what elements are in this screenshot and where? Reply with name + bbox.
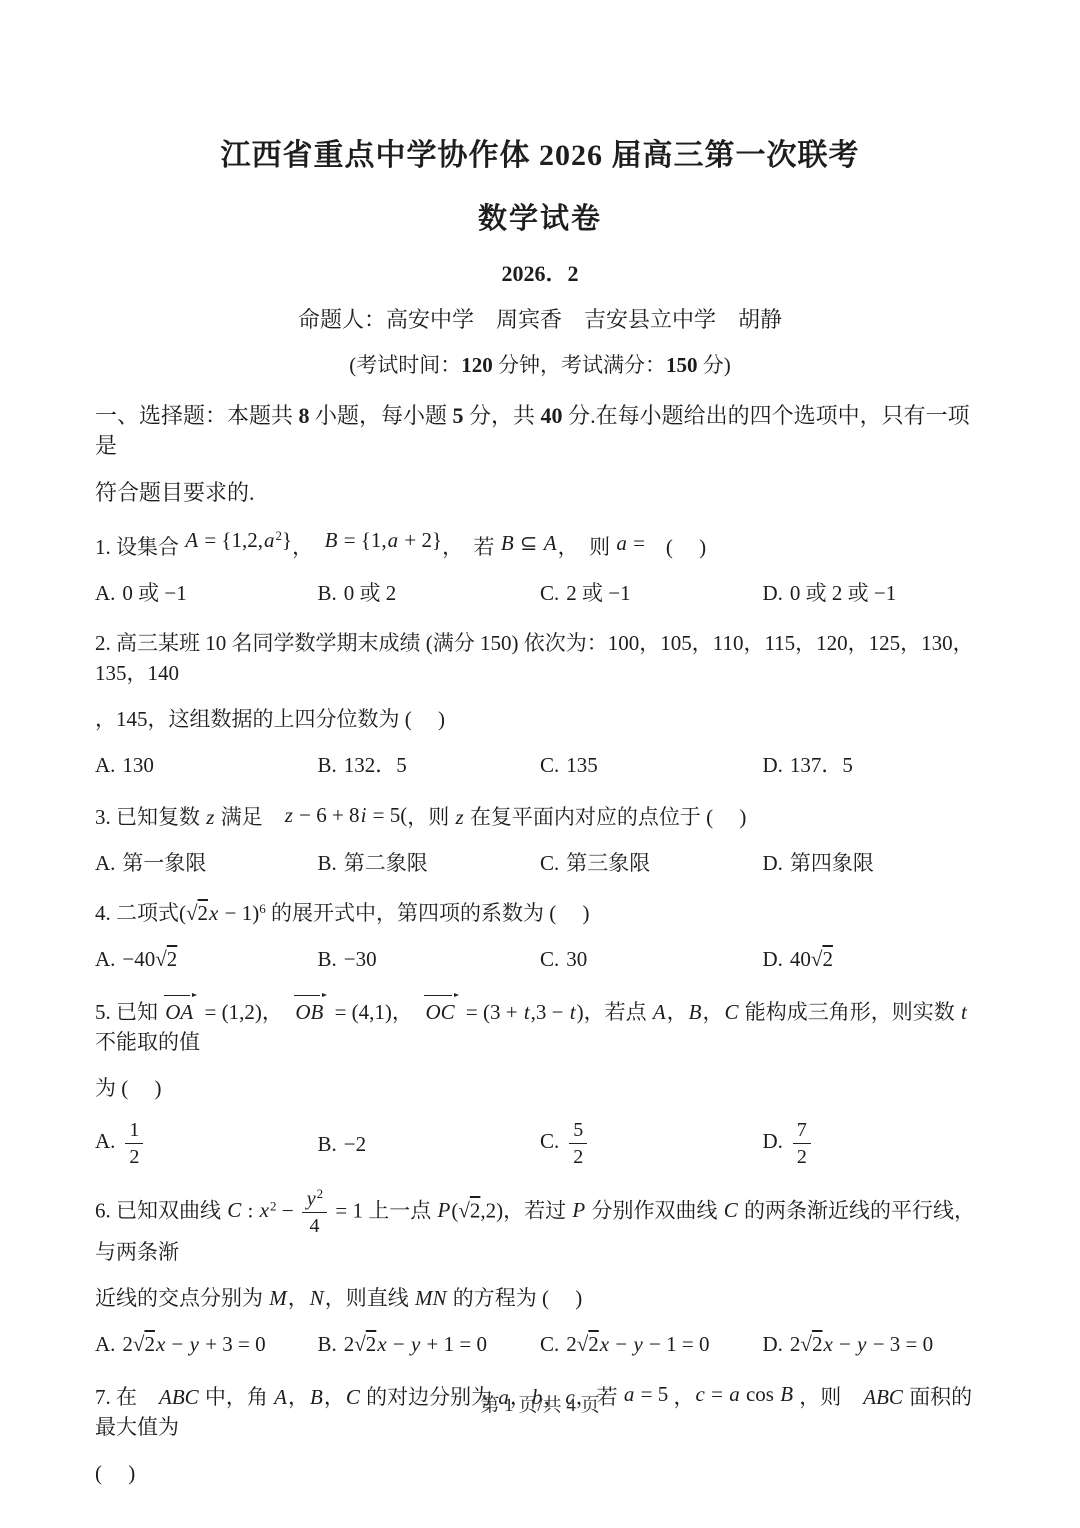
bold-text: 150: [666, 353, 698, 377]
text-run: 0 或 2: [344, 581, 397, 605]
question-7-line-2: ( ): [95, 1458, 985, 1488]
text-run: 第一象限: [122, 851, 206, 875]
math-var: N: [309, 1286, 325, 1310]
text-run: 4. 二项式(: [95, 901, 186, 925]
option-label: A.: [95, 1129, 115, 1153]
text-run: 符合题目要求的.: [95, 480, 255, 505]
option-label: D.: [763, 851, 783, 875]
text-run: 分): [698, 353, 731, 377]
option-label: D.: [763, 753, 783, 777]
text-run: 0 或 −1: [122, 581, 186, 605]
math-group: B = {1,a + 2}: [324, 525, 442, 555]
text-run: = (4,1)，: [329, 1000, 423, 1024]
text-run: −: [166, 1332, 188, 1356]
text-run: 2: [470, 1198, 481, 1222]
text-run: = 5(: [367, 803, 407, 827]
text-run: + 2}: [399, 528, 442, 552]
exam-authors: 命题人：高安中学 周宾香 吉安县立中学 胡静: [95, 303, 985, 334]
text-run: }: [282, 528, 292, 552]
question-6-option-A: A.2√2x − y + 3 = 0: [95, 1329, 266, 1359]
math-var: z: [284, 803, 294, 827]
math-var: t: [523, 1000, 531, 1024]
text-run: 5. 已知: [95, 1000, 163, 1024]
text-run: 2: [122, 1332, 133, 1356]
exam-header: 江西省重点中学协作体 2026 届高三第一次联考 数学试卷 2026．2 命题人…: [95, 130, 985, 379]
math-group: A = {1,2,a2}: [184, 525, 292, 555]
option-label: B.: [318, 1132, 337, 1156]
math-var: A: [184, 528, 199, 552]
option-label: D.: [763, 1332, 783, 1356]
sqrt: √2: [155, 947, 177, 971]
text-run: 一、选择题：本题共: [95, 403, 299, 428]
text-run: ,2): [480, 1198, 503, 1222]
text-run: −2: [344, 1132, 366, 1156]
math-var: MN: [414, 1286, 448, 1310]
section-multiple-choice: 一、选择题：本题共 8 小题，每小题 5 分，共 40 分.在每小题给出的四个选…: [95, 401, 985, 508]
math-group: a =: [615, 528, 645, 558]
text-run: 小题，每小题: [310, 403, 453, 428]
text-run: (考试时间：: [349, 353, 461, 377]
question-1-option-D: D.0 或 2 或 −1: [763, 578, 897, 608]
question-4-line-1: 4. 二项式(√2x − 1)6 的展开式中，第四项的系数为 ( ): [95, 898, 985, 928]
text-run: = 1 上一点: [330, 1198, 436, 1222]
text-run: {1,2,: [221, 528, 263, 552]
sqrt: √2: [800, 1332, 822, 1356]
math-var: C: [724, 1000, 740, 1024]
text-run: =: [199, 528, 221, 552]
text-run: 30: [566, 947, 587, 971]
math-var: B: [324, 528, 339, 552]
text-run: 第三象限: [566, 851, 650, 875]
text-run: + 3 = 0: [200, 1332, 266, 1356]
text-run: ， 则: [558, 535, 616, 559]
option-label: C.: [540, 851, 559, 875]
option-label: C.: [540, 753, 559, 777]
question-2: 2. 高三某班 10 名同学数学期末成绩 (满分 150) 依次为：100，10…: [95, 628, 985, 780]
text-run: 2 或 −1: [566, 581, 630, 605]
fraction: 52: [569, 1119, 587, 1168]
question-3-option-D: D.第四象限: [763, 848, 874, 878]
sqrt: √2: [186, 901, 208, 925]
question-3-option-C: C.第三象限: [540, 848, 650, 878]
text-run: 7: [793, 1119, 811, 1144]
math-group: z − 6 + 8i = 5(: [284, 800, 408, 830]
question-2-options: A.130B.132．5C.135D.137．5: [95, 750, 985, 780]
question-1-options: A.0 或 −1B.0 或 2C.2 或 −1D.0 或 2 或 −1: [95, 578, 985, 608]
text-run: 的展开式中，第四项的系数为 ( ): [266, 901, 590, 925]
question-6-options: A.2√2x − y + 3 = 0B.2√2x − y + 1 = 0C.2√…: [95, 1329, 985, 1359]
text-run: ，: [292, 535, 324, 559]
sqrt: √2: [133, 1332, 155, 1356]
exam-subtitle: 数学试卷: [95, 196, 985, 237]
fraction: 72: [793, 1119, 811, 1168]
question-3-options: A.第一象限B.第二象限C.第三象限D.第四象限: [95, 848, 985, 878]
text-run: 3. 已知复数: [95, 805, 205, 829]
math-var: x: [208, 901, 219, 925]
option-label: C.: [540, 1129, 559, 1153]
math-var: y: [189, 1332, 200, 1356]
question-6: 6. 已知双曲线 C : x2 − y24 = 1 上一点 P(√2,2)，若过…: [95, 1188, 985, 1359]
math-var: z: [455, 805, 465, 829]
question-4-option-D: D.40√2: [763, 944, 833, 974]
text-run: 2: [366, 1332, 377, 1356]
vector: OC: [424, 994, 456, 1027]
math-var: A: [543, 531, 558, 555]
exam-date: 2026．2: [95, 257, 985, 288]
text-run: 40: [790, 947, 811, 971]
text-run: 2: [588, 1332, 599, 1356]
math-var: B: [688, 1000, 703, 1024]
text-run: −: [834, 1332, 856, 1356]
bold-text: 8: [299, 403, 310, 428]
math-var: z: [205, 805, 215, 829]
option-label: A.: [95, 753, 115, 777]
math-var: a: [263, 528, 276, 552]
option-label: D.: [763, 1129, 783, 1153]
option-label: C.: [540, 947, 559, 971]
question-6-line-1: 6. 已知双曲线 C : x2 − y24 = 1 上一点 P(√2,2)，若过…: [95, 1188, 985, 1267]
text-run: 2: [812, 1332, 823, 1356]
question-5-line-1: 5. 已知 OA = (1,2)， OB = (4,1)， OC = (3 + …: [95, 994, 985, 1057]
text-run: 2: [167, 947, 178, 971]
question-4-option-B: B.−30: [318, 944, 377, 974]
sqrt: √2: [354, 1332, 376, 1356]
question-2-option-A: A.130: [95, 750, 154, 780]
text-run: =: [338, 528, 360, 552]
math-var: y: [306, 1188, 317, 1210]
text-run: ， 若: [442, 535, 500, 559]
option-label: B.: [318, 1332, 337, 1356]
math-var: x: [155, 1332, 166, 1356]
math-var: x: [822, 1332, 833, 1356]
text-run: 132．5: [344, 753, 407, 777]
text-run: − 6 + 8: [294, 803, 360, 827]
question-1-option-B: B.0 或 2: [318, 578, 397, 608]
text-run: = (1,2)，: [199, 1000, 293, 1024]
text-run: 分钟，考试满分：: [493, 353, 666, 377]
question-5-option-D: D.72: [763, 1119, 814, 1168]
question-5-option-C: C.52: [540, 1119, 590, 1168]
option-label: B.: [318, 851, 337, 875]
math-var: x: [599, 1332, 610, 1356]
option-label: C.: [540, 581, 559, 605]
text-run: 2: [344, 1332, 355, 1356]
question-4: 4. 二项式(√2x − 1)6 的展开式中，第四项的系数为 ( )A.−40√…: [95, 898, 985, 974]
text-run: 2: [793, 1144, 811, 1168]
text-run: =: [628, 531, 645, 555]
superscript: 2: [317, 1186, 324, 1201]
text-run: + 1 = 0: [421, 1332, 487, 1356]
text-run: 在复平面内对应的点位于 ( ): [465, 805, 747, 829]
text-run: ，: [667, 1000, 688, 1024]
exam-title: 江西省重点中学协作体 2026 届高三第一次联考: [95, 130, 985, 174]
text-run: y2: [302, 1188, 327, 1213]
math-var: B: [500, 531, 515, 555]
text-run: 2: [144, 1332, 155, 1356]
text-run: 137．5: [790, 753, 853, 777]
question-4-options: A.−40√2B.−30C.30D.40√2: [95, 944, 985, 974]
question-2-option-D: D.137．5: [763, 750, 853, 780]
question-4-option-C: C.30: [540, 944, 587, 974]
math-var: M: [268, 1286, 288, 1310]
text-run: 2. 高三某班 10 名同学数学期末成绩 (满分 150) 依次为：100，10…: [95, 631, 974, 685]
text-run: = (3 +: [461, 1000, 523, 1024]
text-run: 2: [566, 1332, 577, 1356]
text-run: 不能取的值: [95, 1030, 200, 1054]
math-var: x: [259, 1198, 270, 1222]
text-run: 第二象限: [344, 851, 428, 875]
text-run: 4: [302, 1213, 327, 1237]
text-run: ( ): [95, 1461, 135, 1485]
math-var: y: [632, 1332, 643, 1356]
question-5-options: A.12B.−2C.52D.72: [95, 1119, 985, 1168]
text-run: ，若过: [503, 1198, 571, 1222]
math-group: B ⊆ A: [500, 528, 558, 558]
question-2-option-B: B.132．5: [318, 750, 407, 780]
text-run: 2: [125, 1144, 143, 1168]
text-run: 5: [569, 1119, 587, 1144]
question-3-line-1: 3. 已知复数 z 满足 z − 6 + 8i = 5(，则 z 在复平面内对应…: [95, 800, 985, 832]
text-run: 135: [566, 753, 598, 777]
vector: OB: [294, 994, 325, 1027]
exam-info: (考试时间：120 分钟，考试满分：150 分): [95, 349, 985, 379]
question-1-option-A: A.0 或 −1: [95, 578, 187, 608]
question-5-option-A: A.12: [95, 1119, 146, 1168]
question-2-option-C: C.135: [540, 750, 598, 780]
text-run: 1. 设集合: [95, 535, 184, 559]
option-label: C.: [540, 1332, 559, 1356]
question-3-option-A: A.第一象限: [95, 848, 206, 878]
math-var: P: [571, 1198, 586, 1222]
text-run: ( ): [645, 535, 706, 559]
option-label: B.: [318, 753, 337, 777]
text-run: −: [276, 1198, 298, 1222]
fraction: y24: [302, 1188, 327, 1237]
question-6-option-D: D.2√2x − y − 3 = 0: [763, 1329, 934, 1359]
math-var: P: [437, 1198, 452, 1222]
question-2-line-2: ，145，这组数据的上四分位数为 ( ): [95, 704, 985, 734]
text-run: − 3 = 0: [867, 1332, 933, 1356]
question-3: 3. 已知复数 z 满足 z − 6 + 8i = 5(，则 z 在复平面内对应…: [95, 800, 985, 878]
text-run: {1,: [361, 528, 387, 552]
text-run: − 1 = 0: [644, 1332, 710, 1356]
bold-text: 5: [453, 403, 464, 428]
question-1-option-C: C.2 或 −1: [540, 578, 631, 608]
text-run: 分别作双曲线: [586, 1198, 723, 1222]
option-label: B.: [318, 947, 337, 971]
section-instructions-line-1: 一、选择题：本题共 8 小题，每小题 5 分，共 40 分.在每小题给出的四个选…: [95, 401, 985, 461]
question-5: 5. 已知 OA = (1,2)， OB = (4,1)， OC = (3 + …: [95, 994, 985, 1168]
math-var: C: [226, 1198, 242, 1222]
option-label: A.: [95, 581, 115, 605]
question-6-option-B: B.2√2x − y + 1 = 0: [318, 1329, 487, 1359]
text-run: ，则: [407, 805, 454, 829]
math-var: y: [856, 1332, 867, 1356]
math-var: x: [376, 1332, 387, 1356]
question-5-option-B: B.−2: [318, 1129, 367, 1159]
bold-text: 40: [541, 403, 563, 428]
sqrt: √2: [458, 1198, 480, 1222]
option-label: D.: [763, 581, 783, 605]
text-run: )，若点: [577, 1000, 652, 1024]
option-label: B.: [318, 581, 337, 605]
math-var: t: [960, 1000, 968, 1024]
text-run: 为 ( ): [95, 1076, 162, 1100]
text-run: −40: [122, 947, 155, 971]
questions-list: 1. 设集合 A = {1,2,a2}， B = {1,a + 2}， 若 B …: [95, 525, 985, 1488]
text-run: ，: [703, 1000, 724, 1024]
text-run: 6. 已知双曲线: [95, 1198, 226, 1222]
text-run: 130: [122, 753, 154, 777]
fraction: 12: [125, 1119, 143, 1168]
math-var: a: [615, 531, 628, 555]
text-run: − 1): [219, 901, 259, 925]
text-run: −30: [344, 947, 377, 971]
text-run: :: [242, 1198, 258, 1222]
question-4-option-A: A.−40√2: [95, 944, 177, 974]
text-run: 分，共: [464, 403, 541, 428]
text-run: ⊆: [515, 531, 543, 555]
bold-text: 120: [461, 353, 493, 377]
text-run: 满足: [215, 805, 283, 829]
text-run: ，: [288, 1286, 309, 1310]
text-run: 分: [563, 403, 591, 428]
text-run: −: [388, 1332, 410, 1356]
exam-page: 江西省重点中学协作体 2026 届高三第一次联考 数学试卷 2026．2 命题人…: [0, 0, 1080, 1528]
math-var: t: [569, 1000, 577, 1024]
option-label: A.: [95, 1332, 115, 1356]
vector: OA: [164, 994, 195, 1027]
option-label: D.: [763, 947, 783, 971]
question-3-option-B: B.第二象限: [318, 848, 428, 878]
text-run: 1: [125, 1119, 143, 1144]
option-label: A.: [95, 851, 115, 875]
sqrt: √2: [577, 1332, 599, 1356]
math-var: a: [387, 528, 400, 552]
math-var: C: [723, 1198, 739, 1222]
text-run: 近线的交点分别为: [95, 1286, 268, 1310]
question-6-option-C: C.2√2x − y − 1 = 0: [540, 1329, 709, 1359]
question-5-line-2: 为 ( ): [95, 1073, 985, 1103]
page-number: 第 1 页/共 4 页: [480, 1395, 599, 1416]
text-run: ，则直线: [325, 1286, 414, 1310]
math-var: y: [410, 1332, 421, 1356]
text-run: 第四象限: [790, 851, 874, 875]
page-footer: 第 1 页/共 4 页: [0, 1390, 1080, 1417]
question-6-line-2: 近线的交点分别为 M，N，则直线 MN 的方程为 ( ): [95, 1283, 985, 1313]
text-run: 2: [790, 1332, 801, 1356]
section-instructions-line-2: 符合题目要求的.: [95, 478, 985, 508]
text-run: 2: [822, 947, 833, 971]
text-run: −: [610, 1332, 632, 1356]
question-1-line-1: 1. 设集合 A = {1,2,a2}， B = {1,a + 2}， 若 B …: [95, 525, 985, 562]
text-run: 2: [569, 1144, 587, 1168]
question-1: 1. 设集合 A = {1,2,a2}， B = {1,a + 2}， 若 B …: [95, 525, 985, 608]
option-label: A.: [95, 947, 115, 971]
text-run: 的方程为 ( ): [448, 1286, 583, 1310]
text-run: ，145，这组数据的上四分位数为 ( ): [95, 707, 445, 731]
text-run: ,3 −: [531, 1000, 569, 1024]
math-var: A: [652, 1000, 667, 1024]
text-run: 2: [198, 901, 209, 925]
sqrt: √2: [811, 947, 833, 971]
text-run: 0 或 2 或 −1: [790, 581, 896, 605]
question-2-line-1: 2. 高三某班 10 名同学数学期末成绩 (满分 150) 依次为：100，10…: [95, 628, 985, 688]
text-run: 能构成三角形，则实数: [740, 1000, 961, 1024]
